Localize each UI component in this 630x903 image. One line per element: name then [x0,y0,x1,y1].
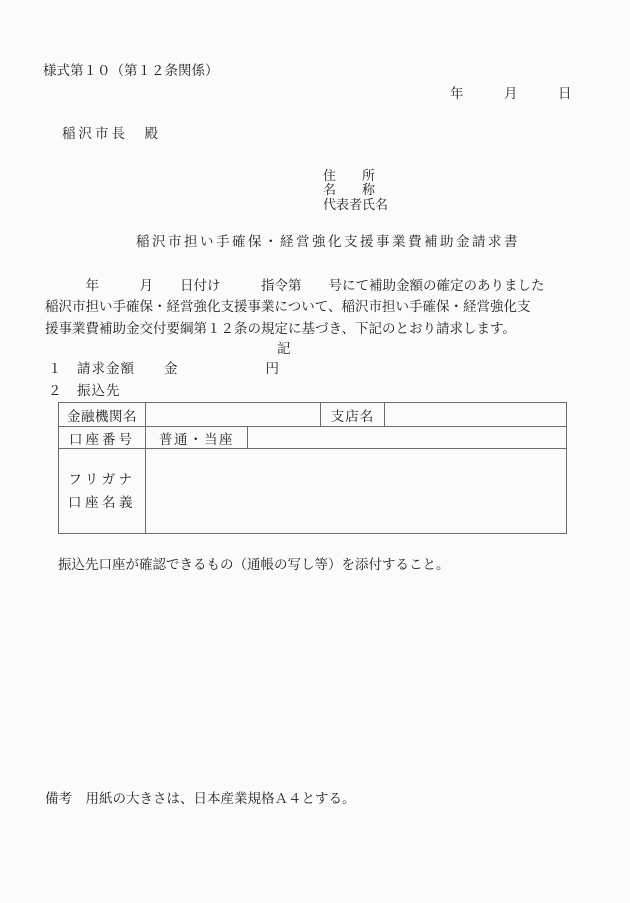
body-line-3: 援事業費補助金交付要綱第１２条の規定に基づき、下記のとおり請求します。 [45,318,545,339]
account-holder-value-cell [145,448,567,534]
applicant-block: 住 所 名 称 代表者氏名 [323,169,388,212]
furigana-label: フリガナ [68,468,135,491]
applicant-representative-label: 代表者氏名 [323,198,388,212]
body-line-1: 年 月 日付け 指令第 号にて補助金額の確定のありました [45,275,545,296]
document-title: 稲沢市担い手確保・経営強化支援事業費補助金請求書 [136,234,520,249]
financial-institution-label-cell: 金融機関名 [58,402,146,427]
branch-label-cell: 支店名 [320,402,385,427]
document-page: 様式第１０（第１２条関係） 年 月 日 稲沢市長 殿 住 所 名 称 代表者氏名… [0,0,630,903]
attachment-note: 振込先口座が確認できるもの（通帳の写し等）を添付すること。 [58,557,450,572]
account-holder-label-cell: フリガナ 口座名義 [58,448,146,534]
account-holder-label: 口座名義 [68,491,136,514]
body-line-2: 稲沢市担い手確保・経営強化支援事業について、稲沢市担い手確保・経営強化支 [45,296,545,317]
financial-institution-value-cell [145,402,321,427]
body-paragraph: 年 月 日付け 指令第 号にて補助金額の確定のありました 稲沢市担い手確保・経営… [45,275,545,339]
account-number-value-cell [247,426,567,449]
transfer-account-line: ２ 振込先 [48,383,121,398]
issue-date-line: 年 月 日 [450,86,572,101]
record-marker: 記 [277,341,291,356]
form-number: 様式第１０（第１２条関係） [43,63,219,78]
applicant-address-label: 住 所 [323,169,388,183]
branch-value-cell [384,402,567,427]
account-type-cell: 普通・当座 [145,426,248,449]
addressee: 稲沢市長 殿 [62,126,161,141]
claim-amount-line: １ 請求金額 金 円 [48,361,280,376]
account-number-label-cell: 口座番号 [58,426,146,449]
applicant-name-label: 名 称 [323,183,388,197]
remark: 備考 用紙の大きさは、日本産業規格Ａ４とする。 [45,791,356,806]
